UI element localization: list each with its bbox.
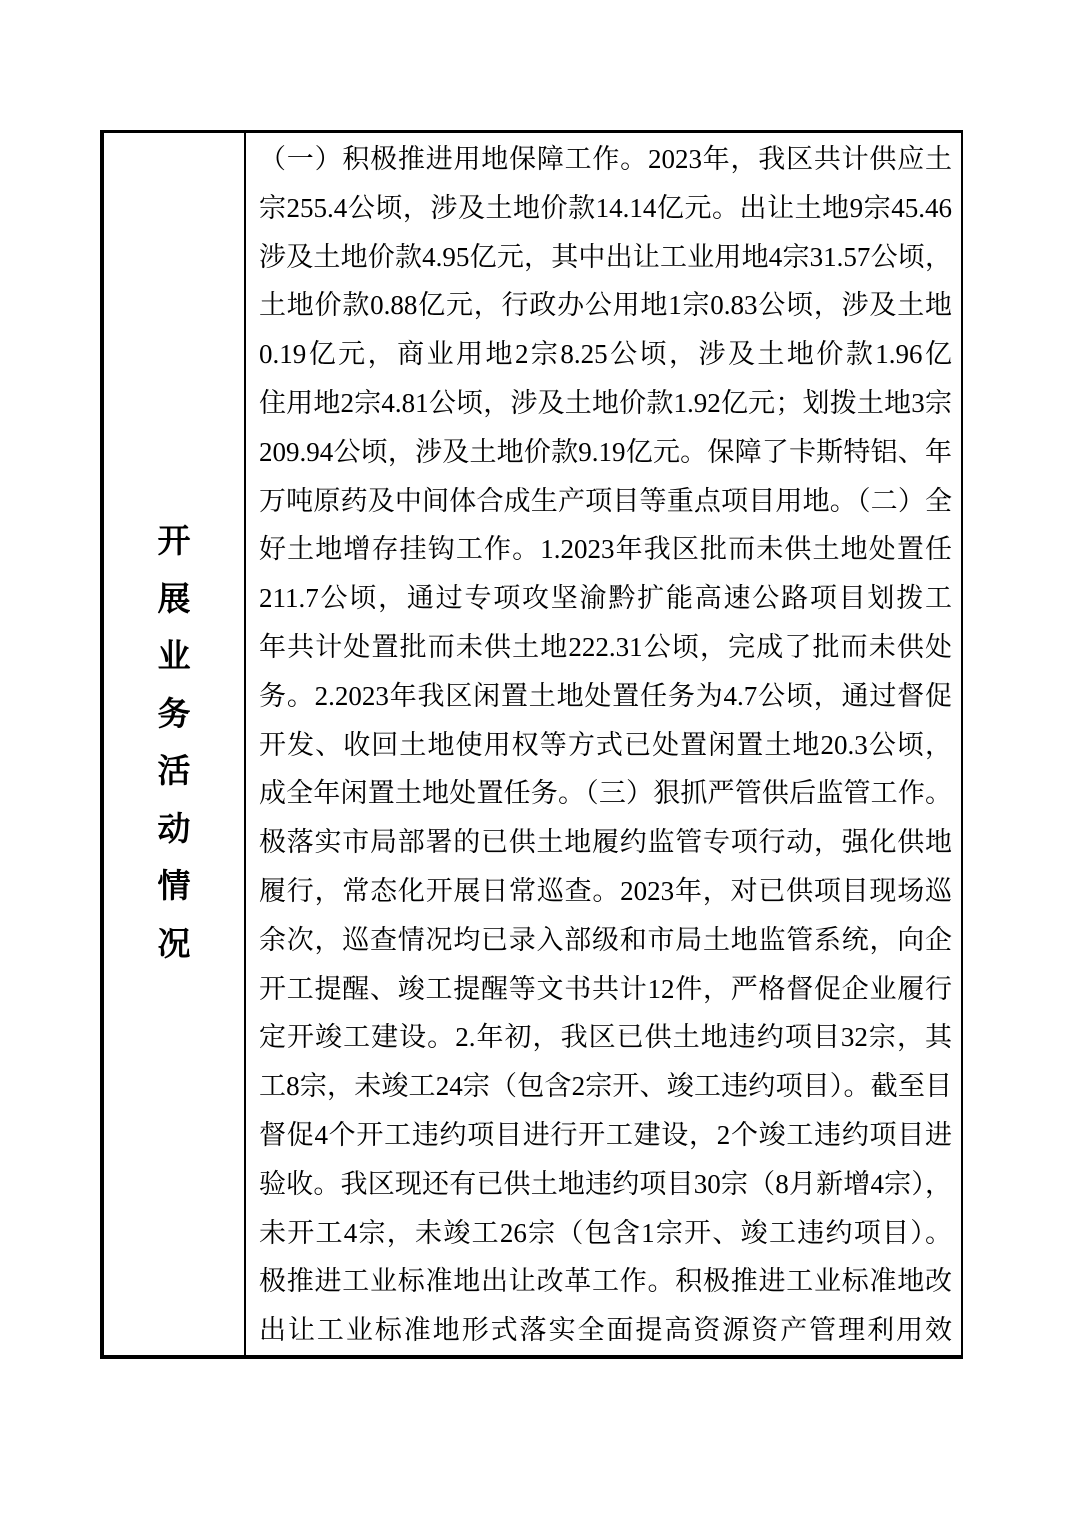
text-line: 余次，巡查情况均已录入部级和市局土地监管系统，向企业下发 xyxy=(259,916,952,965)
text-line: 209.94公顷，涉及土地价款9.19亿元。保障了卡斯特铝、年产3.5 xyxy=(259,428,952,477)
activity-content-cell: （一）积极推进用地保障工作。2023年，我区共计供应土地12宗255.4公顷，涉… xyxy=(246,133,961,1355)
row-label-char: 务 xyxy=(158,687,191,745)
row-label-char: 展 xyxy=(158,572,191,630)
text-line: （一）积极推进用地保障工作。2023年，我区共计供应土地12 xyxy=(259,135,952,184)
text-line: 极推进工业标准地出让改革工作。积极推进工业标准地改革，以 xyxy=(259,1257,952,1306)
text-line: 年共计处置批而未供土地222.31公顷，完成了批而未供处置任 xyxy=(259,623,952,672)
text-line: 开发、收回土地使用权等方式已处置闲置土地20.3公顷，超额完 xyxy=(259,721,952,770)
row-header-cell: 开展业务活动情况 xyxy=(104,133,246,1355)
text-line: 土地价款0.88亿元，行政办公用地1宗0.83公顷，涉及土地价款 xyxy=(259,281,952,330)
report-table: 开展业务活动情况 （一）积极推进用地保障工作。2023年，我区共计供应土地12宗… xyxy=(100,130,963,1359)
text-line: 出让工业标准地形式落实全面提高资源资产管理利用效率，推进 xyxy=(259,1306,952,1355)
text-line: 工8宗，未竣工24宗（包含2宗开、竣工违约项目）。截至目前， xyxy=(259,1062,952,1111)
text-line: 定开竣工建设。2.年初，我区已供土地违约项目32宗，其中未开 xyxy=(259,1013,952,1062)
text-line: 好土地增存挂钩工作。1.2023年我区批而未供土地处置任务为 xyxy=(259,525,952,574)
row-label-char: 开 xyxy=(158,514,191,572)
text-line: 履行，常态化开展日常巡查。2023年，对已供项目现场巡查750 xyxy=(259,867,952,916)
text-line: 开工提醒、竣工提醒等文书共计12件，严格督促企业履行合同约 xyxy=(259,965,952,1014)
text-line: 务。2.2023年我区闲置土地处置任务为4.7公顷，通过督促项目 xyxy=(259,672,952,721)
text-line: 0.19亿元，商业用地2宗8.25公顷，涉及土地价款1.96亿元，居 xyxy=(259,330,952,379)
text-line: 涉及土地价款4.95亿元，其中出让工业用地4宗31.57公顷，涉及 xyxy=(259,233,952,282)
row-label-char: 况 xyxy=(158,917,191,975)
text-line: 验收。我区现还有已供土地违约项目30宗（8月新增4宗），其中 xyxy=(259,1160,952,1209)
text-line: 成全年闲置土地处置任务。（三）狠抓严管供后监管工作。1.积 xyxy=(259,769,952,818)
text-line: 宗255.4公顷，涉及土地价款14.14亿元。出让土地9宗45.46公顷， xyxy=(259,184,952,233)
text-line: 住用地2宗4.81公顷，涉及土地价款1.92亿元；划拨土地3宗 xyxy=(259,379,952,428)
text-line: 万吨原药及中间体合成生产项目等重点项目用地。（二）全力做 xyxy=(259,477,952,526)
row-label-char: 情 xyxy=(158,859,191,917)
row-label-char: 活 xyxy=(158,744,191,802)
row-label-char: 业 xyxy=(158,629,191,687)
text-line: 未开工4宗，未竣工26宗（包含1宗开、竣工违约项目）。（四）积 xyxy=(259,1209,952,1258)
text-line: 极落实市局部署的已供土地履约监管专项行动，强化供地协议的 xyxy=(259,818,952,867)
row-label-char: 动 xyxy=(158,802,191,860)
text-line: 督促4个开工违约项目进行开工建设，2个竣工违约项目进行竣工 xyxy=(259,1111,952,1160)
text-line: 211.7公顷，通过专项攻坚渝黔扩能高速公路项目划拨工作，全 xyxy=(259,574,952,623)
